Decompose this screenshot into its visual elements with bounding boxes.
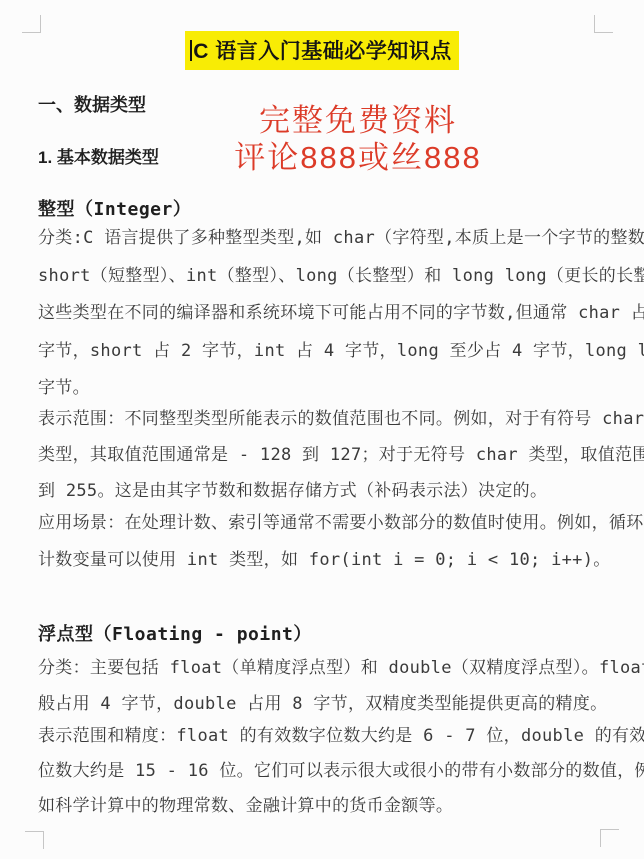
sub-heading: 1. 基本数据类型 — [38, 143, 159, 168]
margin-corner-bottom-right-icon — [600, 829, 619, 847]
float-paragraph-classification: 分类：主要包括 float（单精度浮点型）和 double（双精度浮点型）。fl… — [38, 650, 610, 722]
section-heading: 一、数据类型 — [38, 91, 146, 117]
integer-section-heading: 整型（Integer） — [38, 195, 191, 221]
integer-paragraph-range: 表示范围：不同整型类型所能表示的数值范围也不同。例如，对于有符号 char类型，… — [38, 401, 610, 509]
watermark-line-2: 评论888或丝888 — [228, 139, 488, 176]
text-line: 计数变量可以使用 int 类型，如 for(int i = 0; i < 10;… — [38, 542, 610, 579]
text-line: 位数大约是 15 - 16 位。它们可以表示很大或很小的带有小数部分的数值，例 — [38, 754, 610, 789]
integer-paragraph-classification: 分类:C 语言提供了多种整型类型,如 char（字符型,本质上是一个字节的整数）… — [38, 220, 610, 408]
float-section-heading: 浮点型（Floating - point） — [38, 620, 312, 646]
watermark-text: 完整免费资料 评论888或丝888 — [228, 102, 488, 176]
text-line: 般占用 4 字节，double 占用 8 字节，双精度类型能提供更高的精度。 — [38, 686, 610, 722]
text-cursor — [190, 40, 192, 61]
margin-corner-bottom-left-icon — [25, 831, 44, 849]
title-row: C 语言入门基础必学知识点 — [0, 31, 644, 70]
page-title-text: C 语言入门基础必学知识点 — [193, 40, 452, 63]
text-line: 类型，其取值范围通常是 - 128 到 127；对于无符号 char 类型，取值… — [38, 437, 610, 473]
document-page: C 语言入门基础必学知识点 一、数据类型 完整免费资料 评论888或丝888 1… — [0, 0, 644, 859]
text-line: 表示范围：不同整型类型所能表示的数值范围也不同。例如，对于有符号 char — [38, 401, 610, 437]
text-line: 到 255。这是由其字节数和数据存储方式（补码表示法）决定的。 — [38, 473, 610, 509]
watermark-line-1: 完整免费资料 — [228, 102, 488, 139]
text-line: 分类：主要包括 float（单精度浮点型）和 double（双精度浮点型）。fl… — [38, 650, 610, 686]
text-line: 分类:C 语言提供了多种整型类型,如 char（字符型,本质上是一个字节的整数）… — [38, 220, 610, 258]
text-line: short（短整型）、int（整型）、long（长整型）和 long long（… — [38, 258, 610, 296]
text-line: 表示范围和精度：float 的有效数字位数大约是 6 - 7 位，double … — [38, 719, 610, 754]
text-line: 如科学计算中的物理常数、金融计算中的货币金额等。 — [38, 789, 610, 824]
text-line: 应用场景：在处理计数、索引等通常不需要小数部分的数值时使用。例如，循环 — [38, 505, 610, 542]
integer-paragraph-usage: 应用场景：在处理计数、索引等通常不需要小数部分的数值时使用。例如，循环计数变量可… — [38, 505, 610, 579]
page-title: C 语言入门基础必学知识点 — [185, 31, 459, 70]
text-line: 字节，short 占 2 字节，int 占 4 字节，long 至少占 4 字节… — [38, 333, 610, 371]
float-paragraph-precision: 表示范围和精度：float 的有效数字位数大约是 6 - 7 位，double … — [38, 719, 610, 824]
text-line: 这些类型在不同的编译器和系统环境下可能占用不同的字节数,但通常 char 占 1 — [38, 295, 610, 333]
